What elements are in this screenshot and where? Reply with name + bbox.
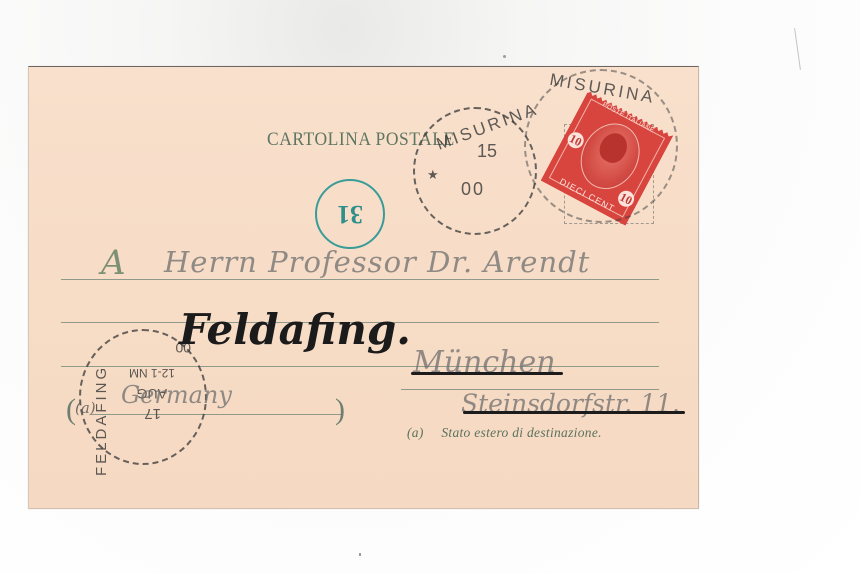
arrival-time: 12-1 NM xyxy=(129,366,175,380)
blue-stamp-number: 31 xyxy=(337,181,363,247)
street-strikethrough xyxy=(463,411,685,414)
scan-scratch xyxy=(794,28,801,70)
pencil-country-mark: (a) xyxy=(75,399,96,417)
handwritten-destination: Feldafing. xyxy=(179,305,411,354)
blue-number-stamp: 31 xyxy=(315,179,385,249)
footnote-mark: (a) xyxy=(407,425,424,440)
handwritten-addressee: Herrn Professor Dr. Arendt xyxy=(164,245,590,279)
scan-speck xyxy=(503,55,506,58)
country-right-bracket: ) xyxy=(335,393,345,427)
handwritten-city-struck: München xyxy=(413,345,556,380)
arrival-town: FELDAFING xyxy=(93,365,110,476)
handwritten-country: Germany xyxy=(121,381,232,409)
destination-footnote: (a) Stato estero di destinazione. xyxy=(407,425,602,441)
postcard: CARTOLINA POSTALE ( ) (a) Stato estero d… xyxy=(28,66,699,509)
address-line-1 xyxy=(61,279,659,280)
scan-speck xyxy=(359,553,361,556)
postmark-2-day: 15 xyxy=(477,141,497,162)
handwritten-salutation: A xyxy=(101,243,126,283)
footnote-text: Stato estero di destinazione. xyxy=(441,425,601,440)
postmark-star-icon: ★ xyxy=(427,167,439,183)
city-strikethrough xyxy=(411,372,563,375)
handwritten-street-struck: Steinsdorfstr. 11. xyxy=(461,389,680,418)
postmark-2-year: 00 xyxy=(461,179,485,200)
